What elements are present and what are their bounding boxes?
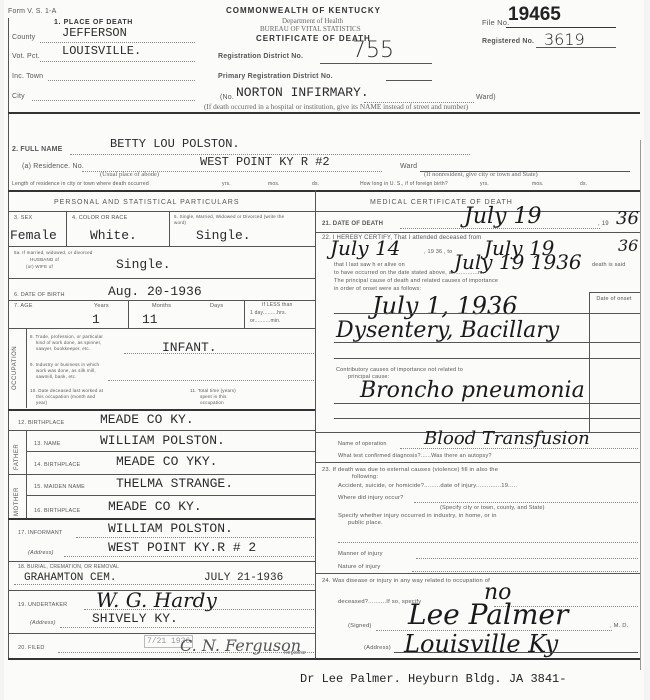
usual-place-note: (Usual place of abode) [100, 171, 159, 178]
industry-label-1: 9. Industry or business in which [30, 362, 99, 367]
divider [8, 190, 640, 192]
occupation-question: 24. Was disease or injury in any way rel… [322, 578, 490, 584]
less-label-2: 1 day.........hrs. [250, 310, 286, 316]
registrar-label: Registrar [284, 650, 306, 656]
principal-text: The principal cause of death and related… [334, 278, 498, 284]
no-prefix: (No. [220, 94, 234, 101]
cause-line [334, 342, 640, 343]
industry-label-3: sawmill, bank, etc. [36, 374, 77, 379]
registered-no-line [536, 47, 616, 48]
full-name-value: BETTY LOU POLSTON. [110, 137, 240, 151]
age-label: 7. AGE [14, 303, 33, 309]
nature-line [412, 571, 638, 572]
burial-place-value: GRAHAMTON CEM. [24, 572, 116, 584]
marital-value: Single. [196, 228, 251, 243]
informant-label: 17. INFORMANT [18, 530, 62, 536]
divider [8, 278, 315, 279]
doctor-stamp: Dr Lee Palmer. Heyburn Bldg. JA 3841- [300, 672, 566, 686]
divider [66, 211, 67, 246]
divider [8, 474, 315, 475]
divider [8, 430, 315, 431]
to-label: , 19 36 , to [424, 249, 452, 255]
registration-district-label: Registration District No. [218, 53, 303, 60]
death-certificate: Form V. S. 1-A COMMONWEALTH OF KENTUCKY … [4, 0, 644, 700]
divider [589, 292, 640, 293]
residence-ward-label: Ward [400, 163, 417, 170]
attended-year-value: 36 [618, 236, 638, 255]
registered-no-label: Registered No. [482, 38, 534, 45]
divider [8, 328, 315, 329]
dob-label: 6. DATE OF BIRTH [14, 292, 65, 298]
sex-value: Female [10, 228, 57, 243]
place-of-death-label: 1. PLACE OF DEATH [54, 19, 133, 26]
divider [315, 573, 640, 574]
department: Department of Health [282, 17, 343, 25]
father-name-value: WILLIAM POLSTON. [100, 433, 225, 448]
date-of-death-line [400, 228, 600, 229]
length-ds: ds. [312, 181, 319, 187]
operation-value: Blood Transfusion [424, 428, 590, 449]
cause-line [334, 358, 640, 359]
trade-label-2: kind of work done, as spinner, [36, 340, 102, 345]
lastworked-label-1: 10. Date deceased last worked at [30, 388, 103, 393]
divider [8, 658, 315, 660]
occupation-side-label: OCCUPATION [12, 346, 18, 390]
manner-label: Manner of injury [338, 551, 383, 557]
state-title: COMMONWEALTH OF KENTUCKY [226, 6, 381, 15]
father-bp-value: MEADE CO YKY. [116, 454, 217, 469]
manner-line [416, 558, 638, 559]
where-label: Where did injury occur? [338, 495, 404, 501]
total-time-label-2: spent in this [200, 394, 227, 399]
months-label: Months [152, 303, 171, 309]
divider [169, 211, 170, 246]
total-time-label-1: 11. Total time (years) [190, 388, 236, 393]
burial-date-value: JULY 21-1936 [204, 572, 283, 584]
signature-value: Lee Palmer [408, 598, 568, 631]
county-value: JEFFERSON [62, 26, 127, 40]
institution-note: (If death occurred in a hospital or inst… [204, 102, 468, 111]
registration-line [320, 63, 432, 64]
full-name-label: 2. FULL NAME [12, 146, 63, 153]
burial-label: 18. BURIAL, CREMATION, OR REMOVAL [18, 564, 119, 570]
lastworked-label-3: year) [36, 400, 47, 405]
foreign-label: How long in U. S., if of foreign birth? [360, 181, 448, 187]
contributory-value: Broncho pneumonia [360, 378, 585, 403]
divider [8, 112, 640, 114]
form-id: Form V. S. 1-A [8, 8, 56, 15]
vot-pct-label: Vot. Pct. [12, 53, 40, 60]
informant-address-label: (Address) [28, 550, 54, 556]
date-year-value: 36 [616, 208, 639, 229]
city-label: City [12, 93, 25, 100]
trade-line [124, 353, 314, 354]
divider [8, 211, 315, 212]
mother-bp-label: 16. BIRTHPLACE [34, 508, 80, 514]
length-residence-label: Length of residence in city or town wher… [12, 181, 149, 187]
days-label: Days [210, 303, 223, 309]
father-side-label: FATHER [14, 444, 20, 470]
divider [26, 328, 27, 408]
length-yrs: yrs. [222, 181, 231, 187]
undertaker-label: 19. UNDERTAKER [18, 602, 67, 608]
divider [8, 409, 315, 411]
ward-label: Ward) [476, 94, 496, 101]
primary-registration-line [386, 80, 432, 81]
attended-from-value: July 14 [330, 236, 400, 260]
external-label-1: 23. If death was due to external causes … [322, 467, 498, 473]
divider [8, 633, 315, 634]
accident-label: Accident, suicide, or homicide?.........… [338, 483, 517, 489]
race-label: 4. COLOR OR RACE [72, 215, 127, 221]
divider [8, 518, 315, 520]
undertaker-address-line [60, 627, 314, 628]
undertaker-address-value: SHIVELY KY. [92, 611, 178, 626]
registration-district-value: 755 [352, 38, 394, 63]
undertaker-line [84, 609, 314, 610]
length-mos: mos. [268, 181, 280, 187]
filed-line [58, 652, 314, 653]
operation-line [400, 448, 638, 449]
industry-line [338, 542, 638, 543]
cause-2-value: Dysentery, Bacillary [336, 318, 559, 343]
bureau: BUREAU OF VITAL STATISTICS [260, 25, 361, 33]
right-border [640, 140, 641, 670]
personal-title: PERSONAL AND STATISTICAL PARTICULARS [54, 199, 240, 206]
mother-side-label: MOTHER [14, 487, 20, 516]
informant-address-value: WEST POINT KY.R # 2 [108, 540, 256, 555]
address-line [394, 652, 638, 653]
contributory-label-1: Contributory causes of importance not re… [336, 367, 463, 373]
occurred-text: to have occurred on the date stated abov… [334, 270, 484, 276]
last-saw-label: that I last saw h er alive on [334, 262, 405, 268]
race-value: White. [90, 228, 137, 243]
mother-name-label: 15. MAIDEN NAME [34, 484, 85, 490]
date-year-prefix: , 19 [598, 221, 609, 227]
inc-town-line [48, 80, 195, 81]
industry-label-2: work was done, as silk mill, [36, 368, 96, 373]
foreign-ds: ds. [580, 181, 587, 187]
county-line [40, 42, 195, 43]
sex-label: 3. SEX [14, 215, 32, 221]
divider [315, 462, 640, 463]
cause-line [334, 403, 640, 404]
signed-label: (Signed) [348, 623, 372, 629]
father-name-label: 13. NAME [34, 441, 61, 447]
industry-question-1: Specify whether injury occurred in indus… [338, 513, 497, 519]
file-no-label: File No. [482, 18, 509, 27]
county-label: County [12, 34, 35, 41]
md-label: , M. D. [610, 623, 628, 629]
cause-line [334, 313, 640, 314]
divider [8, 300, 315, 301]
cause-1-value: July 1, 1936 [372, 292, 518, 320]
marital-label: 5. Single, Married, Widowed or Divorced … [174, 214, 294, 226]
birthplace-label: 12. BIRTHPLACE [18, 420, 64, 426]
operation-label: Name of operation [338, 441, 387, 447]
foreign-mos: mos. [532, 181, 544, 187]
specify-city-note: (Specify city or town, county, and State… [440, 505, 545, 511]
vot-pct-value: LOUISVILLE. [62, 44, 141, 58]
spouse-label-1: 5a. If married, widowed, or divorced [14, 250, 92, 255]
divider [244, 300, 245, 328]
divider [315, 232, 640, 233]
mother-name-value: THELMA STRANGE. [116, 476, 233, 491]
external-label-2: following: [352, 474, 378, 480]
divider [26, 495, 315, 496]
filed-label: 20. FILED [18, 645, 45, 651]
doctor-address-value: Louisville Ky [404, 630, 558, 658]
column-divider [315, 190, 316, 660]
residence-label: (a) Residence. No. [22, 163, 84, 170]
cause-line [334, 418, 640, 419]
years-value: 1 [92, 312, 100, 327]
divider [26, 451, 315, 452]
nonresident-note: (If nonresident, give city or town and S… [424, 171, 538, 178]
divider [8, 246, 315, 247]
mother-bp-value: MEADE CO KY. [108, 499, 202, 514]
trade-label-3: sawyer, bookkeeper, etc. [36, 346, 90, 351]
date-of-death-label: 21. DATE OF DEATH [322, 221, 383, 227]
lastworked-label-2: this occupation (month and [36, 394, 95, 399]
file-no-line [506, 27, 616, 28]
test-label: What test confirmed diagnosis?......Was … [338, 453, 492, 459]
informant-address-line [64, 556, 314, 557]
spouse-label-3: (or) WIFE of [26, 264, 53, 269]
less-label-1: If LESS than [262, 302, 292, 308]
inc-town-label: Inc. Town [12, 73, 43, 80]
divider [26, 474, 27, 518]
where-line [414, 502, 638, 503]
less-label-3: or..........min. [250, 318, 281, 324]
city-line [32, 100, 195, 101]
industry-question-2: public place. [348, 520, 383, 526]
birthplace-value: MEADE CO KY. [100, 412, 194, 427]
informant-value: WILLIAM POLSTON. [108, 521, 233, 536]
primary-registration-label: Primary Registration District No. [218, 73, 333, 80]
institution-value: NORTON INFIRMARY. [236, 85, 369, 100]
informant-line [76, 537, 314, 538]
address-label: (Address) [364, 645, 391, 651]
dob-value: Aug. 20-1936 [108, 284, 202, 299]
divider [8, 561, 315, 562]
residence-value: WEST POINT KY R #2 [200, 155, 330, 169]
industry-line [108, 380, 314, 381]
years-label: Years [94, 303, 109, 309]
onset-label: Date of onset [596, 296, 632, 303]
undertaker-address-label: (Address) [30, 620, 56, 626]
vot-pct-line [40, 61, 195, 62]
death-said-label: death is said [592, 262, 625, 268]
foreign-yrs: yrs. [480, 181, 489, 187]
spouse-value: Single. [116, 257, 171, 272]
trade-label-1: 8. Trade, profession, or particular [30, 334, 103, 339]
total-time-label-3: occupation [200, 400, 224, 405]
months-value: 11 [142, 312, 158, 327]
file-no: 19465 [508, 4, 561, 26]
date-of-death-value: July 19 [464, 204, 541, 229]
divider [128, 300, 129, 328]
divider [315, 658, 640, 660]
nature-label: Nature of injury [338, 564, 381, 570]
spouse-label-2: HUSBAND of [30, 257, 59, 262]
left-border [8, 18, 9, 658]
burial-line [14, 584, 314, 585]
father-bp-label: 14. BIRTHPLACE [34, 462, 80, 468]
